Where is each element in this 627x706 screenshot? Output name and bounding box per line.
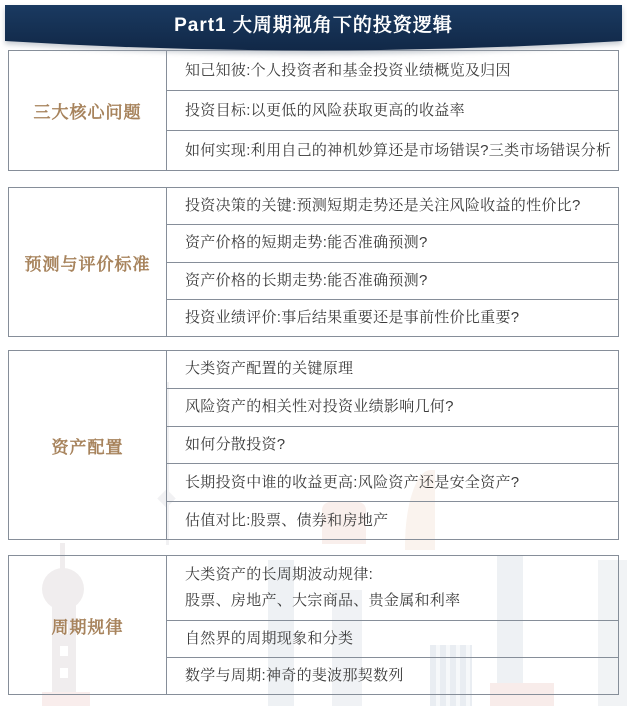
section-rows: 大类资产配置的关键原理风险资产的相关性对投资业绩影响几何?如何分散投资?长期投资… bbox=[167, 351, 618, 539]
section-3: 资产配置大类资产配置的关键原理风险资产的相关性对投资业绩影响几何?如何分散投资?… bbox=[8, 350, 619, 540]
section-label-column: 周期规律 bbox=[9, 556, 167, 694]
section-rows: 投资决策的关键:预测短期走势还是关注风险收益的性价比?资产价格的短期走势:能否准… bbox=[167, 188, 618, 336]
section-2: 预测与评价标准投资决策的关键:预测短期走势还是关注风险收益的性价比?资产价格的短… bbox=[8, 187, 619, 337]
topic-row: 如何实现:利用自己的神机妙算还是市场错误?三类市场错误分析 bbox=[167, 130, 618, 170]
section-rows: 大类资产的长周期波动规律: 股票、房地产、大宗商品、贵金属和利率自然界的周期现象… bbox=[167, 556, 618, 694]
topic-row: 大类资产的长周期波动规律: 股票、房地产、大宗商品、贵金属和利率 bbox=[167, 556, 618, 620]
topic-row: 风险资产的相关性对投资业绩影响几何? bbox=[167, 388, 618, 426]
topic-row: 估值对比:股票、债券和房地产 bbox=[167, 501, 618, 539]
topic-row: 资产价格的长期走势:能否准确预测? bbox=[167, 262, 618, 299]
topic-row: 数学与周期:神奇的斐波那契数列 bbox=[167, 657, 618, 694]
section-label-column: 预测与评价标准 bbox=[9, 188, 167, 336]
section-label: 三大核心问题 bbox=[34, 98, 142, 123]
section-label: 周期规律 bbox=[52, 613, 124, 638]
section-1: 三大核心问题知己知彼:个人投资者和基金投资业绩概览及归因投资目标:以更低的风险获… bbox=[8, 50, 619, 171]
section-rows: 知己知彼:个人投资者和基金投资业绩概览及归因投资目标:以更低的风险获取更高的收益… bbox=[167, 51, 618, 170]
section-label: 资产配置 bbox=[52, 433, 124, 458]
topic-row: 投资目标:以更低的风险获取更高的收益率 bbox=[167, 90, 618, 130]
topic-row: 如何分散投资? bbox=[167, 426, 618, 464]
sections-container: 三大核心问题知己知彼:个人投资者和基金投资业绩概览及归因投资目标:以更低的风险获… bbox=[0, 0, 627, 706]
topic-row: 长期投资中谁的收益更高:风险资产还是安全资产? bbox=[167, 463, 618, 501]
section-label-column: 资产配置 bbox=[9, 351, 167, 539]
topic-row: 投资业绩评价:事后结果重要还是事前性价比重要? bbox=[167, 299, 618, 336]
topic-row: 大类资产配置的关键原理 bbox=[167, 351, 618, 388]
topic-row: 资产价格的短期走势:能否准确预测? bbox=[167, 224, 618, 261]
topic-row: 自然界的周期现象和分类 bbox=[167, 620, 618, 657]
section-label: 预测与评价标准 bbox=[25, 250, 151, 275]
topic-row: 投资决策的关键:预测短期走势还是关注风险收益的性价比? bbox=[167, 188, 618, 224]
section-4: 周期规律大类资产的长周期波动规律: 股票、房地产、大宗商品、贵金属和利率自然界的… bbox=[8, 555, 619, 695]
section-label-column: 三大核心问题 bbox=[9, 51, 167, 170]
page-title: Part1 大周期视角下的投资逻辑 bbox=[5, 5, 622, 41]
page: Part1 大周期视角下的投资逻辑 三大核心问题知己知彼:个人投资者和基金投资业… bbox=[0, 0, 627, 706]
